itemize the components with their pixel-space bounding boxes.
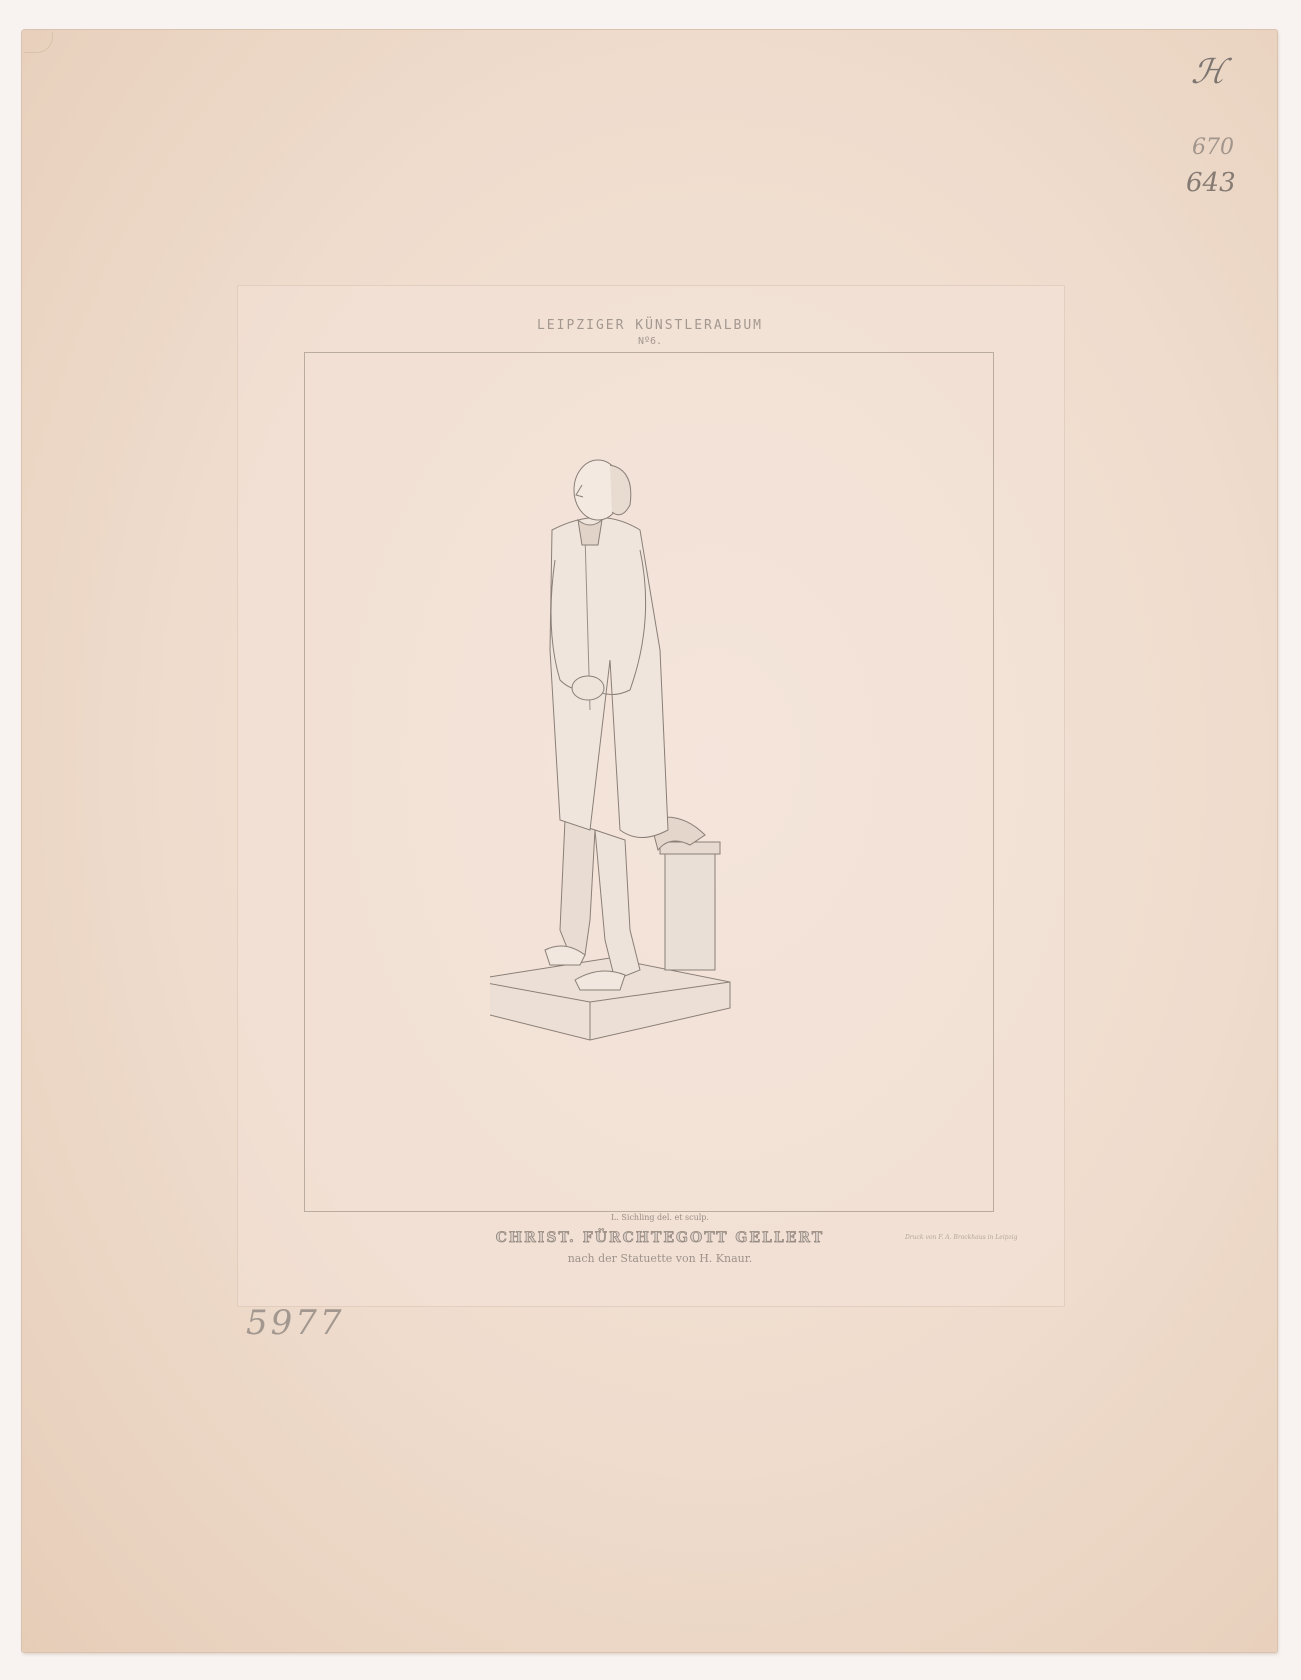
subject-title: CHRIST. FÜRCHTEGOTT GELLERT: [440, 1230, 880, 1246]
printer-credit: Druck von F. A. Brockhaus in Leipzig: [905, 1234, 1085, 1241]
statue-engraving: [490, 450, 810, 1150]
pencil-catalog-number-670: 670: [1192, 135, 1234, 160]
series-title: LEIPZIGER KÜNSTLERALBUM: [480, 318, 820, 333]
artist-credit: L. Sichling del. et sculp.: [480, 1213, 840, 1222]
pencil-catalog-number-643: 643: [1186, 168, 1236, 198]
pencil-inventory-number: 5977: [246, 1303, 345, 1343]
statue-figure-icon: [490, 450, 810, 1150]
subject-subtitle: nach der Statuette von H. Knaur.: [480, 1252, 840, 1265]
pencil-monogram: ℋ: [1189, 52, 1228, 92]
series-number: Nº6.: [480, 336, 820, 347]
